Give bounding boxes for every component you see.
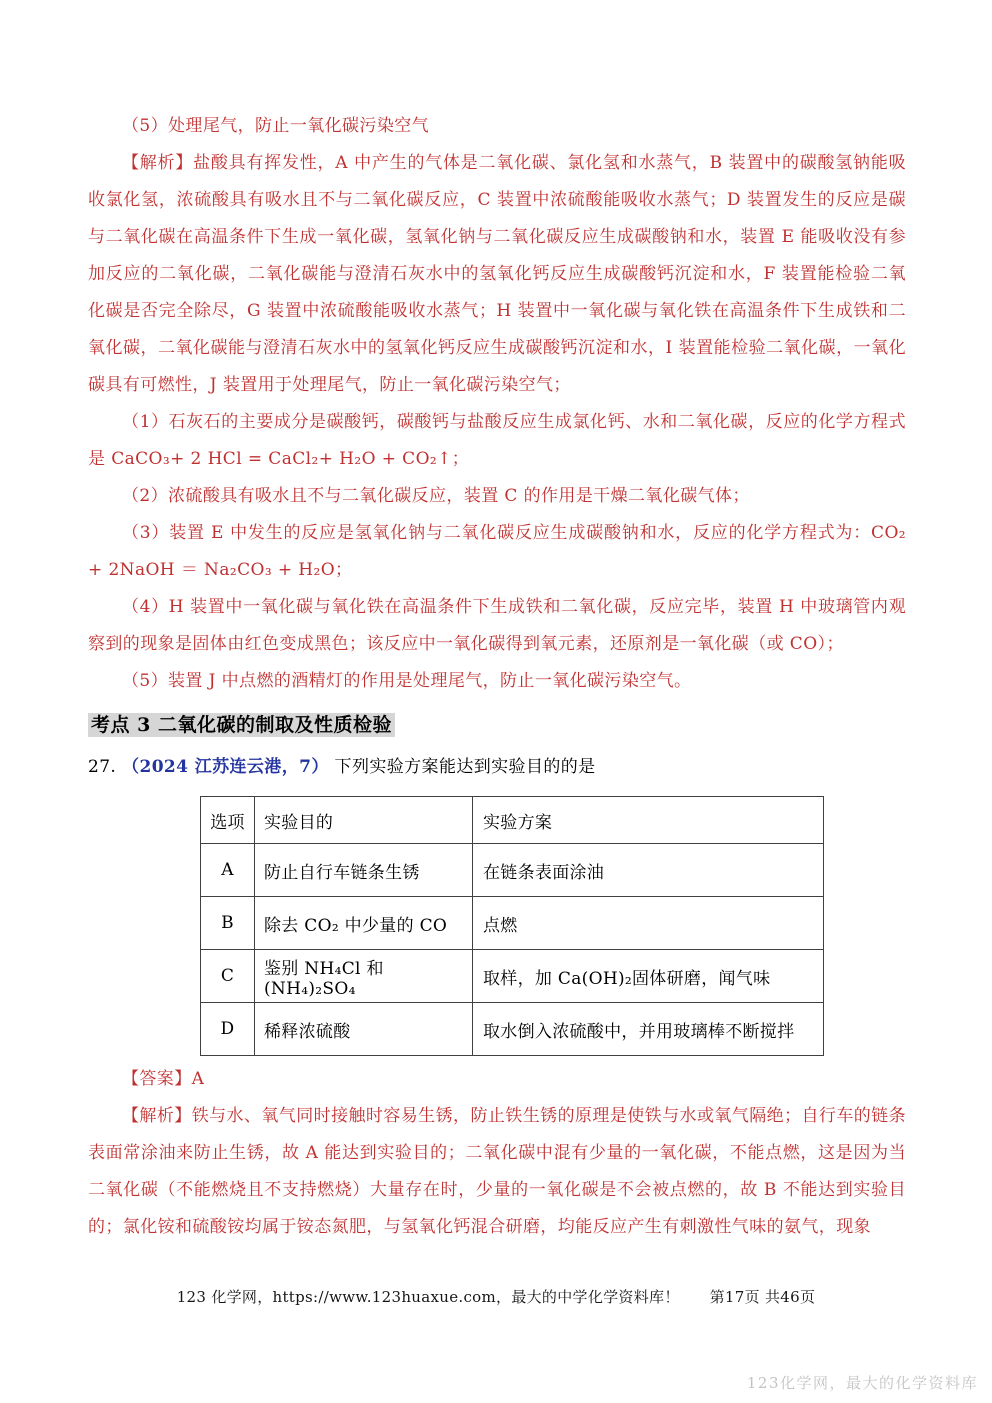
table-header-row: 选项 实验目的 实验方案	[201, 797, 824, 844]
prev-analysis-item-3: （3）装置 E 中发生的反应是氢氧化钠与二氧化碳反应生成碳酸钠和水，反应的化学方…	[88, 515, 906, 589]
document-page: （5）处理尾气，防止一氧化碳污染空气 【解析】盐酸具有挥发性，A 中产生的气体是…	[0, 0, 992, 1403]
prev-analysis-item-5: （5）装置 J 中点燃的酒精灯的作用是处理尾气，防止一氧化碳污染空气。	[88, 663, 906, 700]
prev-answer-point5: （5）处理尾气，防止一氧化碳污染空气	[88, 108, 906, 145]
table-row-a: A 防止自行车链条生锈 在链条表面涂油	[201, 844, 824, 897]
header-cell-plan: 实验方案	[473, 797, 824, 844]
topic-header-highlight: 考点 3 二氧化碳的制取及性质检验	[88, 713, 395, 737]
question-number: 27.	[88, 757, 116, 777]
option-plan: 在链条表面涂油	[473, 844, 824, 897]
footer-page-info: 第17页 共46页	[710, 1288, 816, 1306]
analysis-paragraph: 【解析】铁与水、氧气同时接触时容易生锈，防止铁生锈的原理是使铁与水或氧气隔绝；自…	[88, 1098, 906, 1246]
exam-options-table: 选项 实验目的 实验方案 A 防止自行车链条生锈 在链条表面涂油 B 除去 CO…	[200, 796, 824, 1056]
option-letter: D	[201, 1003, 255, 1056]
page-content: （5）处理尾气，防止一氧化碳污染空气 【解析】盐酸具有挥发性，A 中产生的气体是…	[88, 108, 906, 1246]
watermark-text: 123化学网，最大的化学资料库	[747, 1372, 978, 1393]
topic-header: 考点 3 二氧化碳的制取及性质检验	[88, 707, 906, 743]
footer-site-text: 123 化学网，https://www.123huaxue.com，最大的中学化…	[177, 1288, 680, 1306]
option-letter: C	[201, 950, 255, 1003]
header-cell-purpose: 实验目的	[255, 797, 473, 844]
question-source: （2024 江苏连云港，7）	[122, 757, 329, 777]
header-cell-option: 选项	[201, 797, 255, 844]
question-stem: 下列实验方案能达到实验目的的是	[335, 757, 596, 777]
question-27: 27. （2024 江苏连云港，7） 下列实验方案能达到实验目的的是	[88, 747, 906, 787]
prev-analysis-paragraph: 【解析】盐酸具有挥发性，A 中产生的气体是二氧化碳、氯化氢和水蒸气，B 装置中的…	[88, 145, 906, 404]
table-row-c: C 鉴别 NH₄Cl 和(NH₄)₂SO₄ 取样，加 Ca(OH)₂固体研磨，闻…	[201, 950, 824, 1003]
option-purpose: 鉴别 NH₄Cl 和(NH₄)₂SO₄	[255, 950, 473, 1003]
table-row-b: B 除去 CO₂ 中少量的 CO 点燃	[201, 897, 824, 950]
option-plan: 取水倒入浓硫酸中，并用玻璃棒不断搅拌	[473, 1003, 824, 1056]
page-footer: 123 化学网，https://www.123huaxue.com，最大的中学化…	[0, 1286, 992, 1307]
option-purpose: 除去 CO₂ 中少量的 CO	[255, 897, 473, 950]
answer-line: 【答案】A	[88, 1061, 906, 1098]
prev-analysis-item-1: （1）石灰石的主要成分是碳酸钙，碳酸钙与盐酸反应生成氯化钙、水和二氧化碳，反应的…	[88, 404, 906, 478]
option-purpose: 稀释浓硫酸	[255, 1003, 473, 1056]
prev-analysis-item-2: （2）浓硫酸具有吸水且不与二氧化碳反应，装置 C 的作用是干燥二氧化碳气体；	[88, 478, 906, 515]
option-purpose: 防止自行车链条生锈	[255, 844, 473, 897]
table-row-d: D 稀释浓硫酸 取水倒入浓硫酸中，并用玻璃棒不断搅拌	[201, 1003, 824, 1056]
option-plan: 点燃	[473, 897, 824, 950]
prev-analysis-item-4: （4）H 装置中一氧化碳与氧化铁在高温条件下生成铁和二氧化碳，反应完毕，装置 H…	[88, 589, 906, 663]
option-letter: A	[201, 844, 255, 897]
option-letter: B	[201, 897, 255, 950]
option-plan: 取样，加 Ca(OH)₂固体研磨，闻气味	[473, 950, 824, 1003]
